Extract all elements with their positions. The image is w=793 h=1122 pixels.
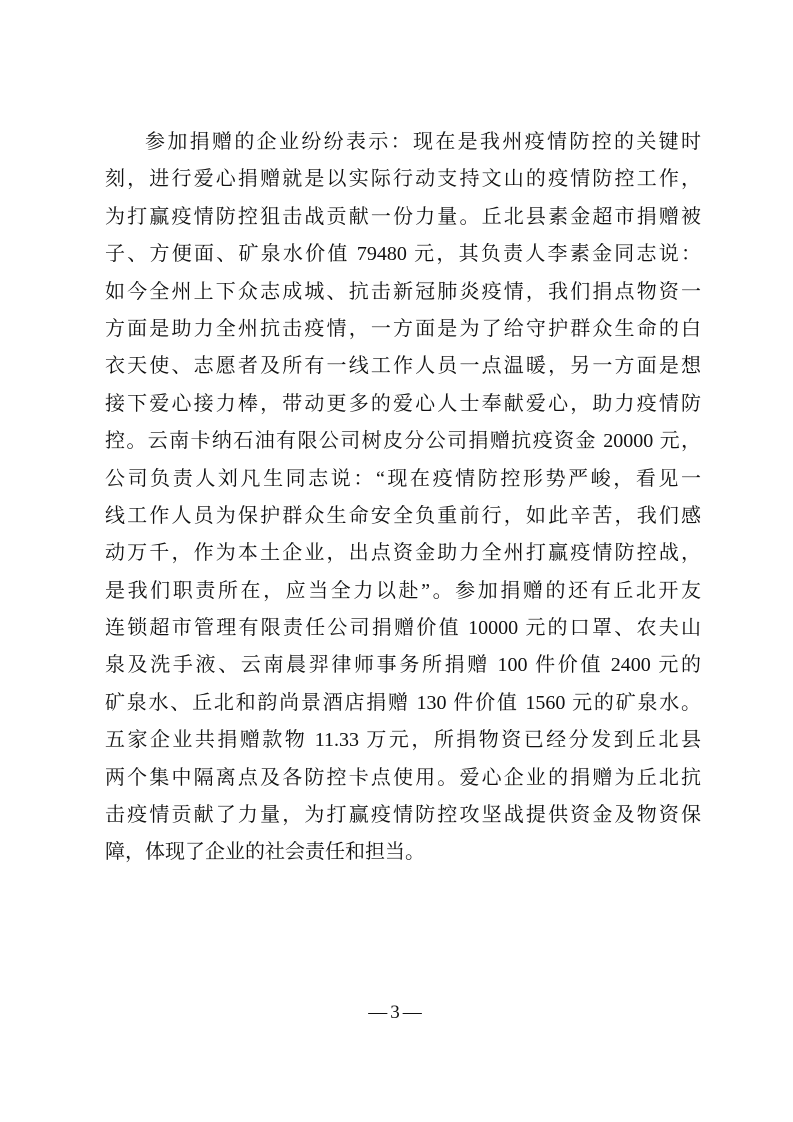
body-line: 参加捐赠的企业纷纷表示：现在是我州疫情防控的关键时 [105,124,701,161]
body-line: 泉及洗手液、云南晨羿律师事务所捐赠 100 件价值 2400 元的 [105,647,701,684]
body-line: 如今全州上下众志成城、抗击新冠肺炎疫情，我们捐点物资一 [105,274,701,311]
body-line: 两个集中隔离点及各防控卡点使用。爱心企业的捐赠为丘北抗 [105,760,701,797]
body-line: 击疫情贡献了力量，为打赢疫情防控攻坚战提供资金及物资保 [105,797,701,834]
body-line: 子、方便面、矿泉水价值 79480 元，其负责人李素金同志说： [105,236,701,273]
body-line: 接下爱心接力棒，带动更多的爱心人士奉献爱心，助力疫情防 [105,386,701,423]
body-line: 五家企业共捐赠款物 11.33 万元，所捐物资已经分发到丘北县 [105,722,701,759]
body-line: 连锁超市管理有限责任公司捐赠价值 10000 元的口罩、农夫山 [105,610,701,647]
body-line: 为打赢疫情防控狙击战贡献一份力量。丘北县素金超市捐赠被 [105,199,701,236]
page-number: —3— [0,1002,793,1024]
body-line: 衣天使、志愿者及所有一线工作人员一点温暖，另一方面是想 [105,348,701,385]
body-line: 矿泉水、丘北和韵尚景酒店捐赠 130 件价值 1560 元的矿泉水。 [105,685,701,722]
document-page: 参加捐赠的企业纷纷表示：现在是我州疫情防控的关键时刻，进行爱心捐赠就是以实际行动… [0,0,793,1122]
body-paragraph: 参加捐赠的企业纷纷表示：现在是我州疫情防控的关键时刻，进行爱心捐赠就是以实际行动… [105,124,701,872]
body-line: 控。云南卡纳石油有限公司树皮分公司捐赠抗疫资金 20000 元， [105,423,701,460]
body-line: 方面是助力全州抗击疫情，一方面是为了给守护群众生命的白 [105,311,701,348]
body-line: 障，体现了企业的社会责任和担当。 [105,834,701,871]
body-line: 线工作人员为保护群众生命安全负重前行，如此辛苦，我们感 [105,498,701,535]
body-line: 是我们职责所在，应当全力以赴”。参加捐赠的还有丘北开友 [105,573,701,610]
body-line: 刻，进行爱心捐赠就是以实际行动支持文山的疫情防控工作， [105,161,701,198]
body-line: 动万千，作为本土企业，出点资金助力全州打赢疫情防控战， [105,535,701,572]
body-line: 公司负责人刘凡生同志说：“现在疫情防控形势严峻，看见一 [105,461,701,498]
